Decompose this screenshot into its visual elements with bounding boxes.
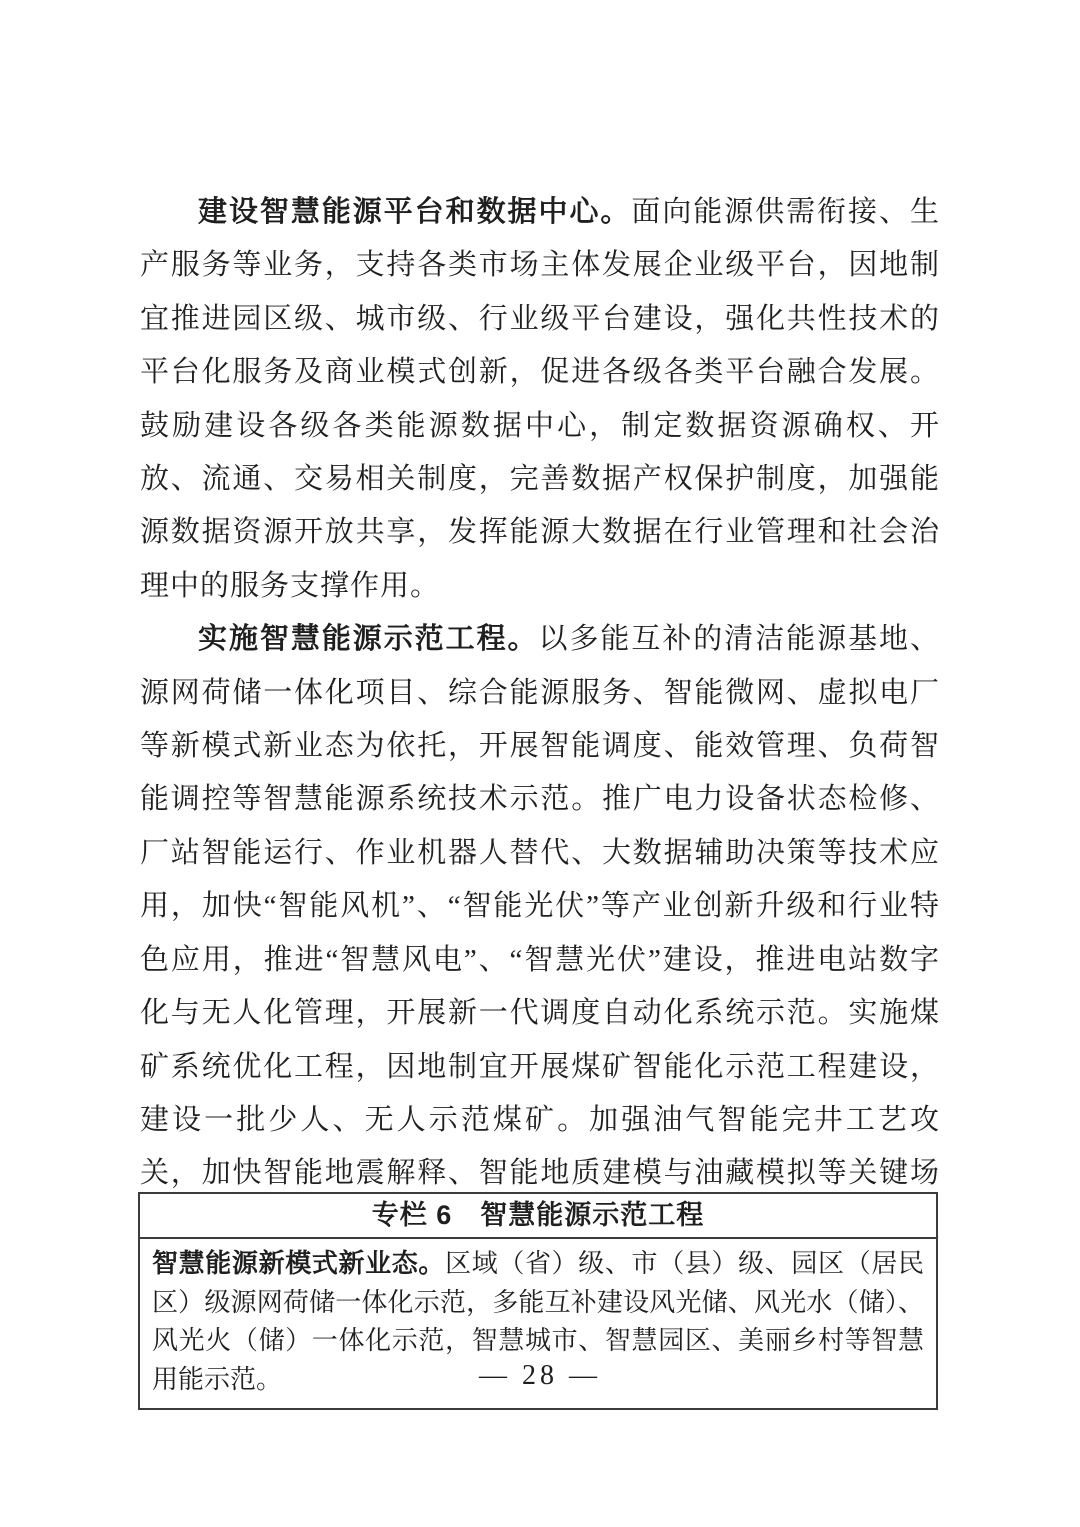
- page-number: — 28 —: [0, 1360, 1080, 1392]
- document-page: 建设智慧能源平台和数据中心。面向能源供需衔接、生产服务等业务，支持各类市场主体发…: [0, 0, 1080, 1527]
- paragraph-lead: 建设智慧能源平台和数据中心。: [198, 196, 631, 228]
- paragraph-lead: 实施智慧能源示范工程。: [198, 623, 539, 655]
- callout-panel-lead: 智慧能源新模式新业态。: [152, 1248, 445, 1278]
- document-body: 建设智慧能源平台和数据中心。面向能源供需衔接、生产服务等业务，支持各类市场主体发…: [140, 186, 940, 1308]
- paragraph: 建设智慧能源平台和数据中心。面向能源供需衔接、生产服务等业务，支持各类市场主体发…: [140, 186, 940, 613]
- callout-panel-title: 专栏 6 智慧能源示范工程: [140, 1194, 936, 1239]
- paragraph-text: 面向能源供需衔接、生产服务等业务，支持各类市场主体发展企业级平台，因地制宜推进园…: [140, 196, 940, 602]
